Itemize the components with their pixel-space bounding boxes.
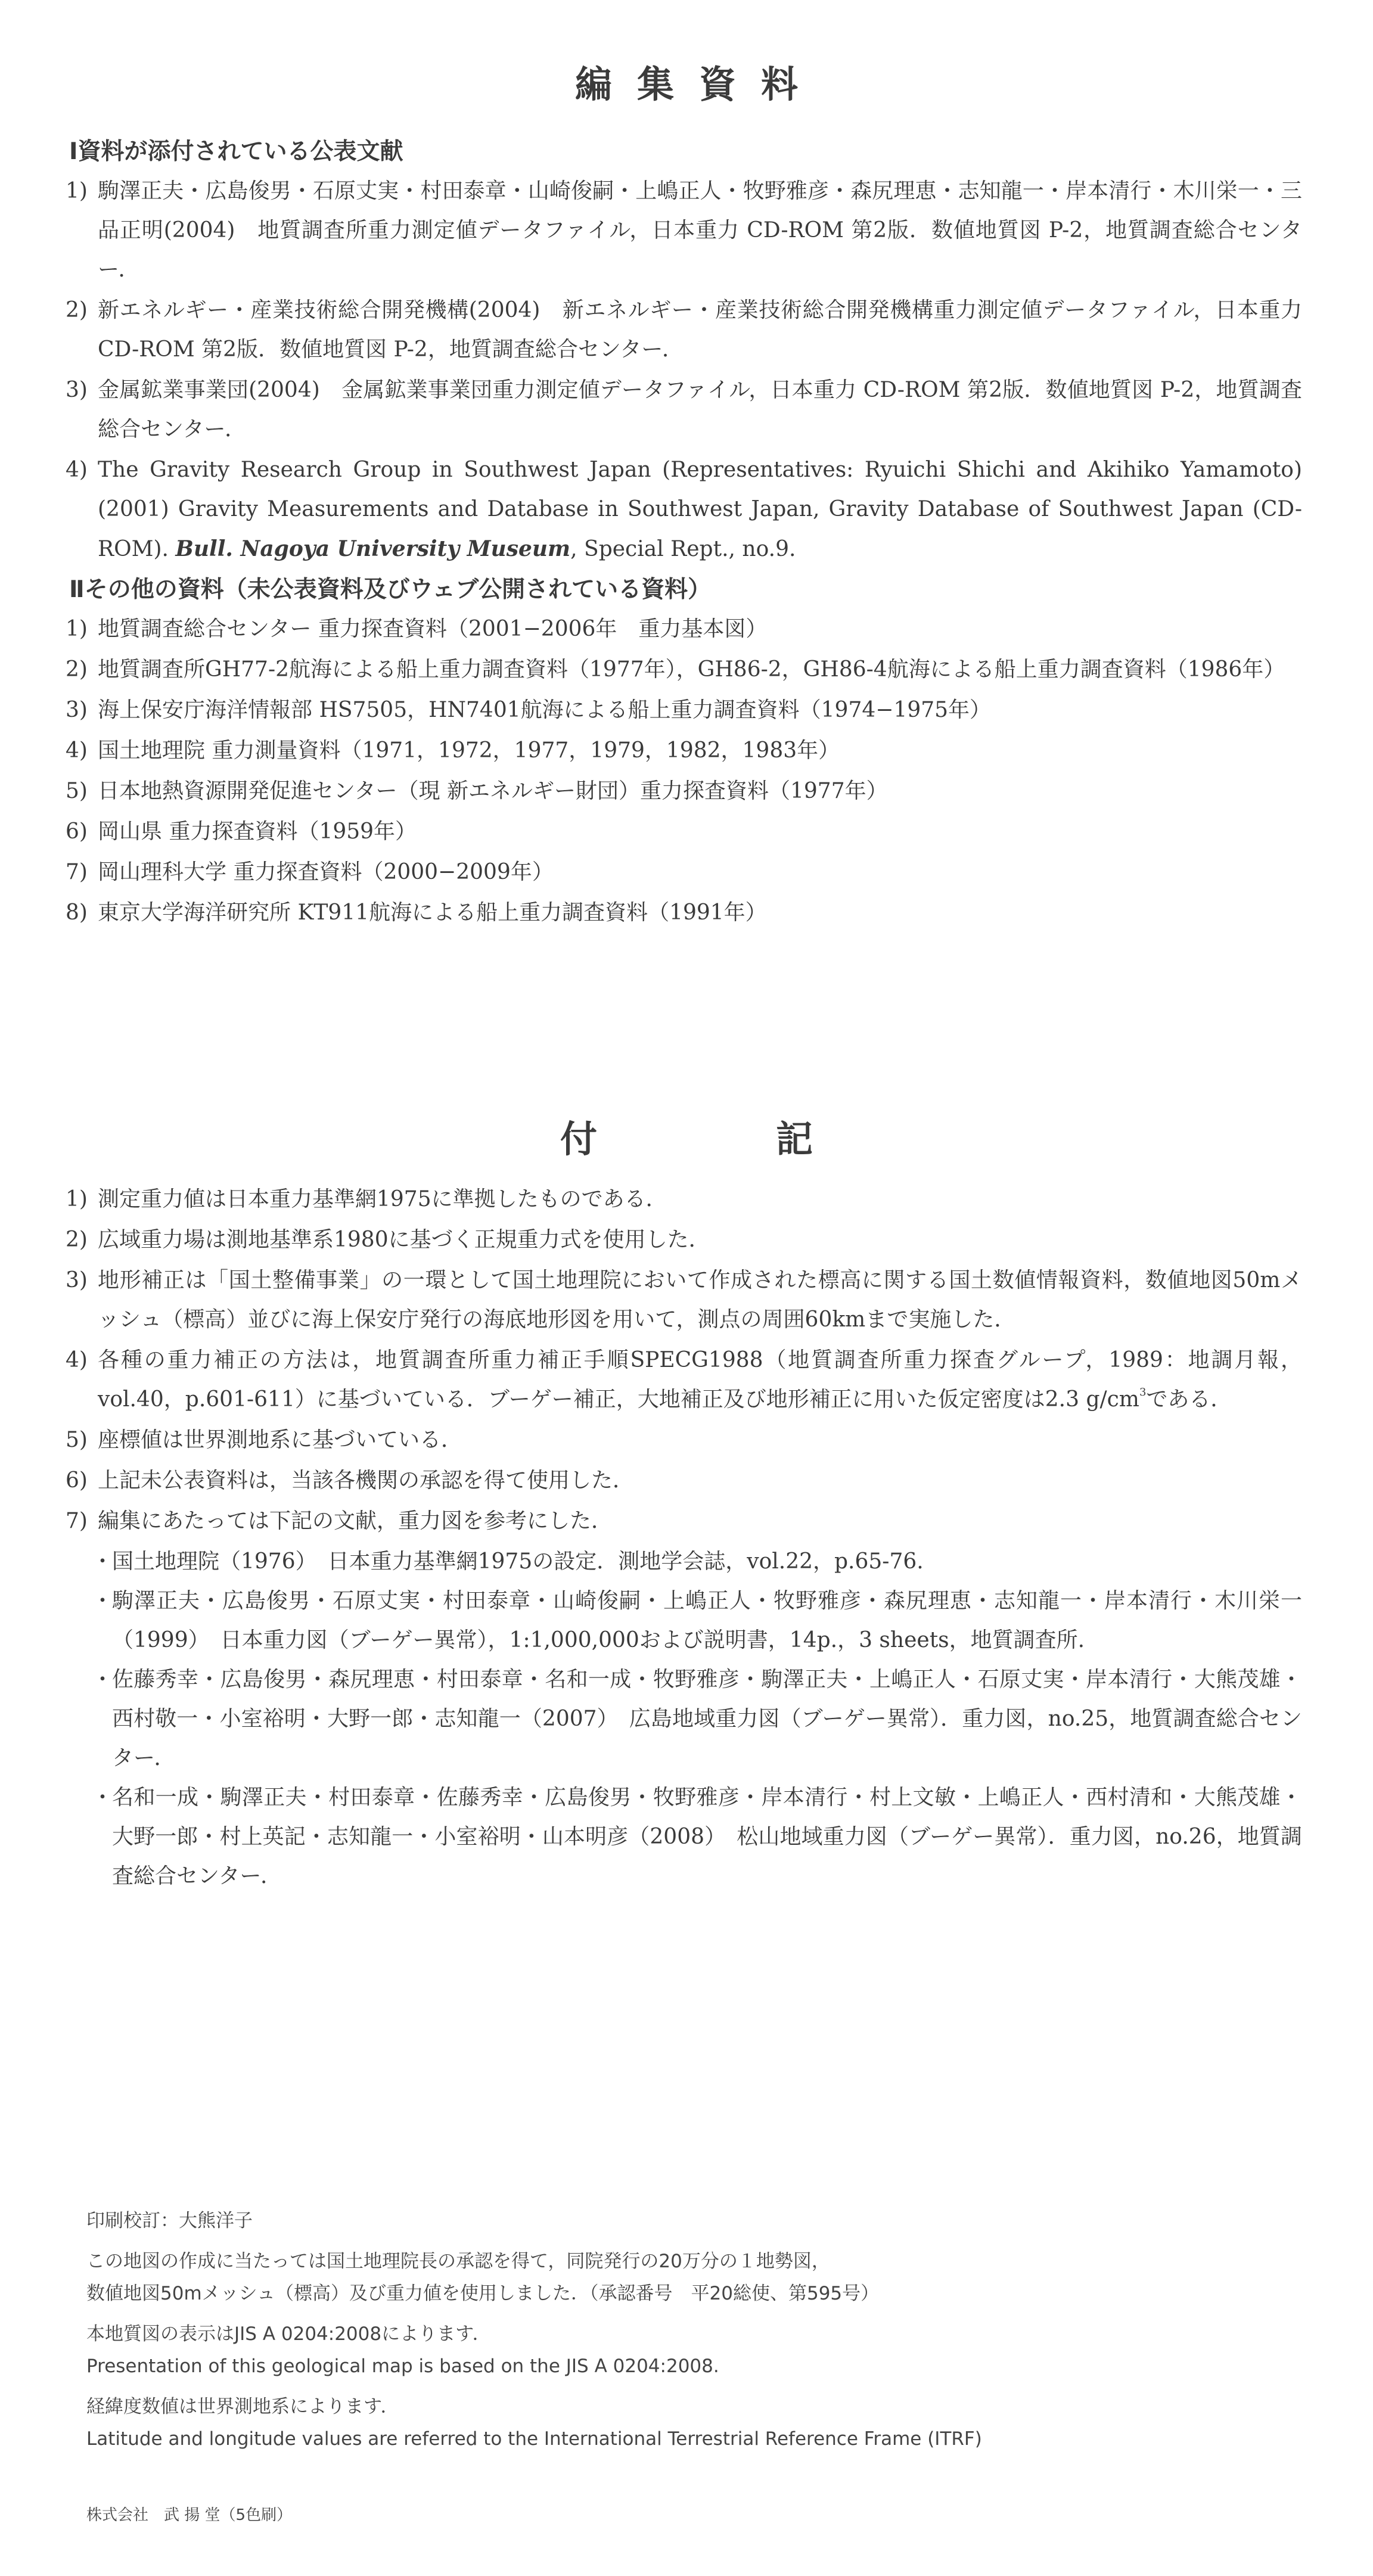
- page-title: 編集資料: [0, 55, 1373, 108]
- reference-item: 6) 岡山県 重力探査資料（1959年）: [66, 812, 1302, 852]
- printer-credit: 株式会社 武 揚 堂（5色刷）: [86, 2503, 292, 2525]
- jis-statement-en: Presentation of this geological map is b…: [86, 2350, 1278, 2382]
- bullet: ・: [92, 1542, 113, 1581]
- reference-sub-item: ・ 国土地理院（1976） 日本重力基準網1975の設定．測地学会誌，vol.2…: [66, 1542, 1302, 1581]
- datum-statement-en: Latitude and longitude values are referr…: [86, 2423, 1278, 2455]
- approval-line-1: この地図の作成に当たっては国土地理院長の承認を得て，同院発行の20万分の１地勢図…: [86, 2245, 1278, 2277]
- proofreading-credit: 印刷校訂：大熊洋子: [86, 2205, 1278, 2237]
- reference-item: 4) 国土地理院 重力測量資料（1971，1972，1977，1979，1982…: [66, 731, 1302, 770]
- datum-statement-ja: 経緯度数値は世界測地系によります．: [86, 2391, 1278, 2423]
- colophon: 印刷校訂：大熊洋子 この地図の作成に当たっては国土地理院長の承認を得て，同院発行…: [86, 2205, 1278, 2455]
- reference-item: 1) 駒澤正夫・広島俊男・石原丈実・村田泰章・山崎俊嗣・上嶋正人・牧野雅彦・森尻…: [66, 172, 1302, 290]
- reference-item: 1) 地質調査総合センター 重力探査資料（2001−2006年 重力基本図）: [66, 610, 1302, 649]
- bullet: ・: [92, 1778, 113, 1817]
- document-page: 編集資料 Ⅰ資料が添付されている公表文献 1) 駒澤正夫・広島俊男・石原丈実・村…: [0, 0, 1373, 2576]
- note-item: 6) 上記未公表資料は，当該各機関の承認を得て使用した．: [66, 1461, 1302, 1500]
- note-item: 4) 各種の重力補正の方法は，地質調査所重力補正手順SPECG1988（地質調査…: [66, 1341, 1302, 1419]
- section-heading-published: Ⅰ資料が添付されている公表文献: [69, 132, 1302, 172]
- reference-item: 2) 新エネルギー・産業技術総合開発機構(2004) 新エネルギー・産業技術総合…: [66, 291, 1302, 369]
- section-heading-other: Ⅱその他の資料（未公表資料及びウェブ公開されている資料）: [69, 570, 1302, 610]
- reference-item: 7) 岡山理科大学 重力探査資料（2000−2009年）: [66, 853, 1302, 892]
- journal-title: Bull. Nagoya University Museum: [175, 536, 570, 561]
- bullet: ・: [92, 1581, 113, 1621]
- note-item: 1) 測定重力値は日本重力基準網1975に準拠したものである．: [66, 1180, 1302, 1219]
- note-item: 7) 編集にあたっては下記の文献，重力図を参考にした．: [66, 1502, 1302, 1541]
- reference-item: 3) 金属鉱業事業団(2004) 金属鉱業事業団重力測定値データファイル，日本重…: [66, 371, 1302, 449]
- reference-sub-item: ・ 佐藤秀幸・広島俊男・森尻理恵・村田泰章・名和一成・牧野雅彦・駒澤正夫・上嶋正…: [66, 1660, 1302, 1778]
- notes-section: 1) 測定重力値は日本重力基準網1975に準拠したものである． 2) 広域重力場…: [66, 1180, 1302, 1896]
- reference-item: 8) 東京大学海洋研究所 KT911航海による船上重力調査資料（1991年）: [66, 893, 1302, 933]
- reference-item: 3) 海上保安庁海洋情報部 HS7505，HN7401航海による船上重力調査資料…: [66, 691, 1302, 730]
- bullet: ・: [92, 1660, 113, 1699]
- reference-sub-item: ・ 名和一成・駒澤正夫・村田泰章・佐藤秀幸・広島俊男・牧野雅彦・岸本清行・村上文…: [66, 1778, 1302, 1896]
- approval-line-2: 数値地図50mメッシュ（標高）及び重力値を使用しました．（承認番号 平20総使、…: [86, 2277, 1278, 2310]
- reference-item: 2) 地質調査所GH77-2航海による船上重力調査資料（1977年），GH86-…: [66, 650, 1302, 689]
- reference-item: 4) The Gravity Research Group in Southwe…: [66, 450, 1302, 569]
- note-item: 5) 座標値は世界測地系に基づいている．: [66, 1421, 1302, 1460]
- note-item: 3) 地形補正は「国土整備事業」の一環として国土地理院において作成された標高に関…: [66, 1261, 1302, 1340]
- reference-sub-item: ・ 駒澤正夫・広島俊男・石原丈実・村田泰章・山崎俊嗣・上嶋正人・牧野雅彦・森尻理…: [66, 1581, 1302, 1660]
- notes-title: 付記: [0, 1110, 1373, 1163]
- note-item: 2) 広域重力場は測地基準系1980に基づく正規重力式を使用した．: [66, 1220, 1302, 1260]
- jis-statement-ja: 本地質図の表示はJIS A 0204:2008によります．: [86, 2318, 1278, 2350]
- compilation-sources: Ⅰ資料が添付されている公表文献 1) 駒澤正夫・広島俊男・石原丈実・村田泰章・山…: [66, 132, 1302, 934]
- reference-item: 5) 日本地熱資源開発促進センター（現 新エネルギー財団）重力探査資料（1977…: [66, 772, 1302, 811]
